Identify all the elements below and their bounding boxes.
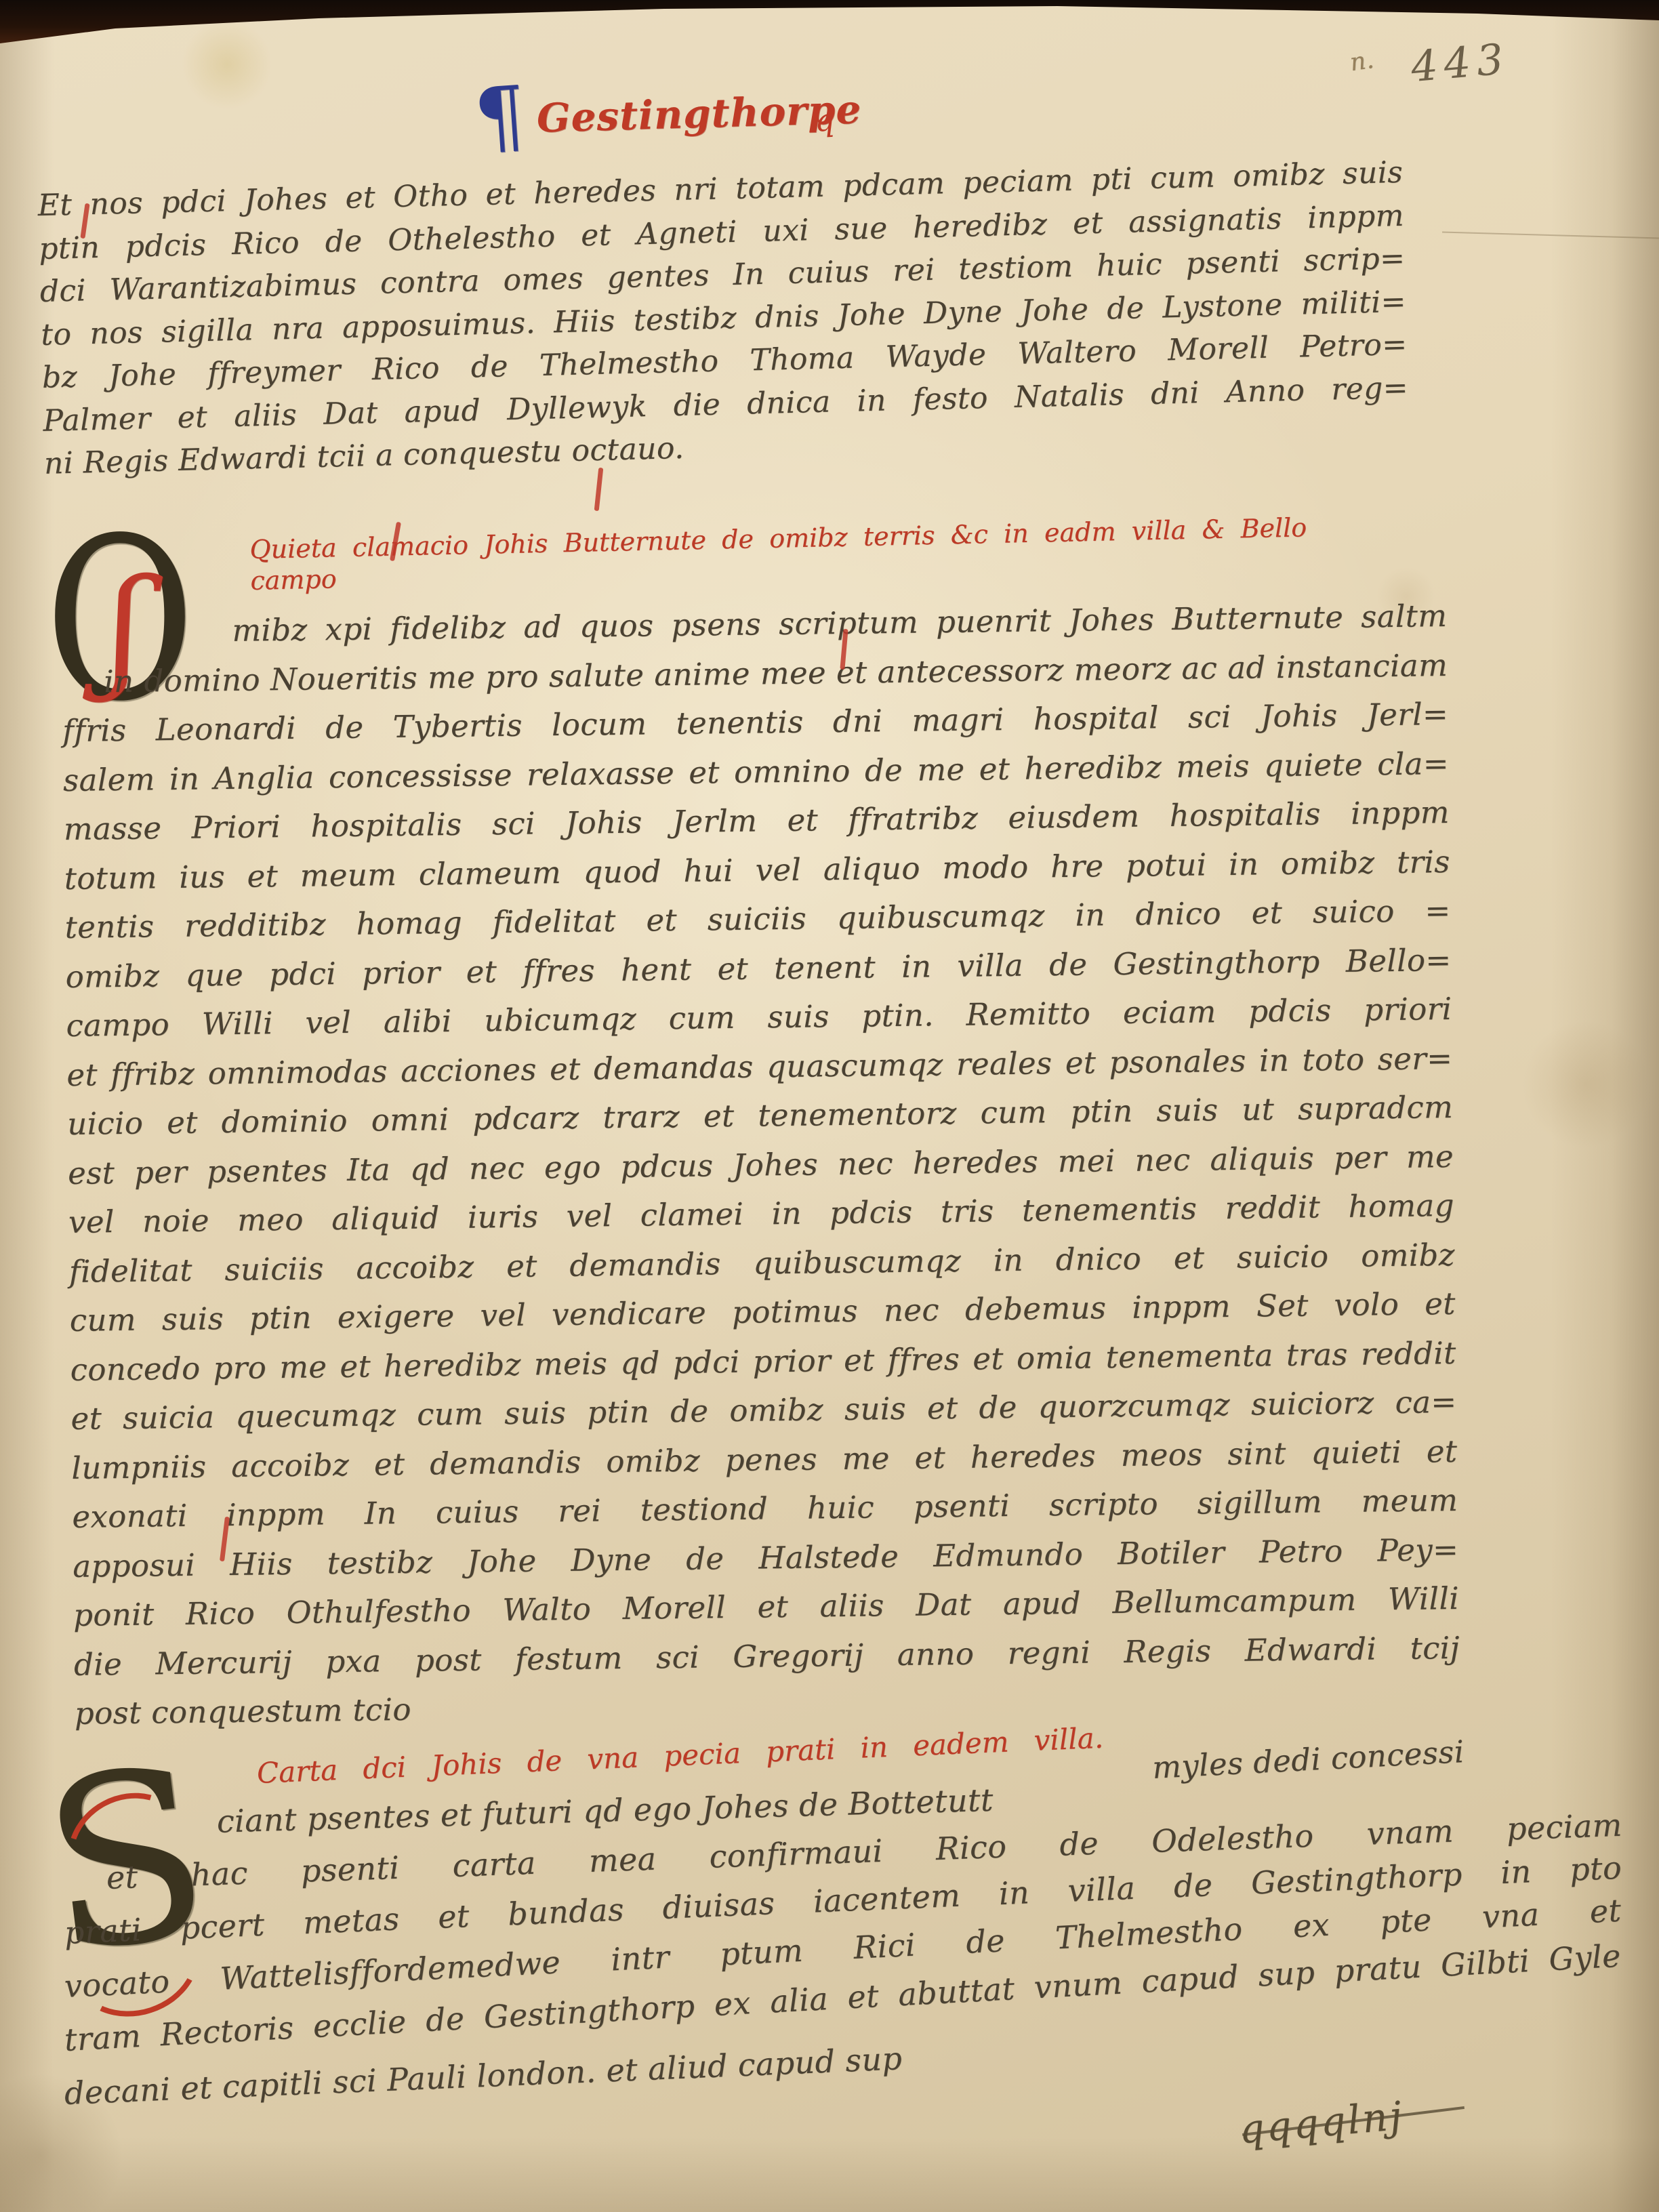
page-heading: Gestingthorpe bbox=[536, 86, 862, 141]
book-binding-edge bbox=[0, 0, 1659, 47]
carta-paragraph: ciant psentes et futuri qd ego Johes de … bbox=[64, 1799, 1623, 2121]
rubric-quitclaim: Quieta clamacio Johis Butternute de omib… bbox=[249, 512, 1308, 596]
paragraph-mark-icon: ¶ bbox=[472, 75, 528, 159]
heading-end-mark: q bbox=[813, 101, 836, 139]
charter-ending-paragraph: Et nos pdci Johes et Otho et heredes nri… bbox=[37, 151, 1410, 486]
quitclaim-paragraph: mibz xpi fidelibz ad quos psens scriptum… bbox=[61, 592, 1460, 1738]
red-touch-mark bbox=[594, 468, 604, 511]
manuscript-page: n. 443 ¶ Gestingthorpe q Et nos pdci Joh… bbox=[0, 0, 1659, 2212]
corner-mark: n. bbox=[1348, 46, 1376, 77]
ruling-line bbox=[1442, 232, 1659, 239]
folio-number: 443 bbox=[1409, 34, 1511, 91]
